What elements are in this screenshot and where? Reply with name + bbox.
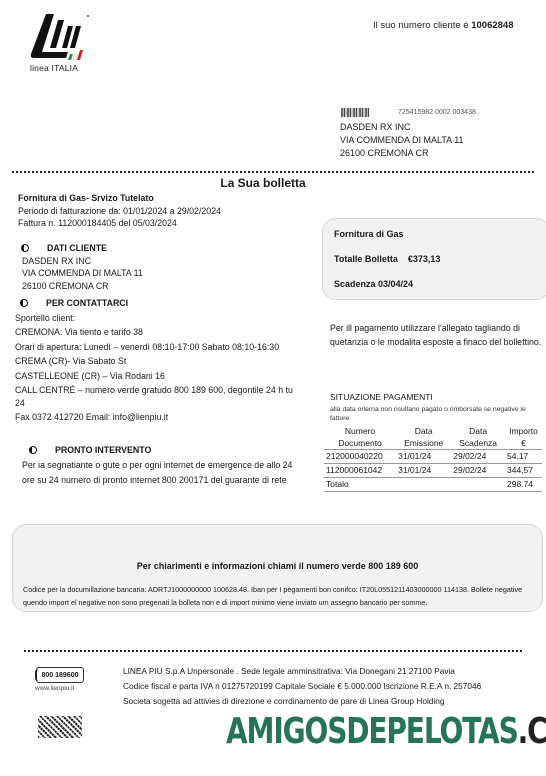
company-line: LINEA PIU S.p.A Unpersonale . Sede legal… xyxy=(123,664,481,679)
table-row: 212000040220 31/01/24 29/02/24 54.17 xyxy=(324,450,542,464)
total-label: Totalo xyxy=(324,478,396,492)
recipient-name: DASDEN RX INC xyxy=(340,121,464,134)
contact-line: CREMA (CR)- Via Sabato St xyxy=(15,355,297,368)
phone-number: 800 189600 xyxy=(42,672,79,679)
column-header: Importo € xyxy=(505,425,542,450)
due-date-cell: 29/02/24 xyxy=(451,450,505,464)
document-number: 112000061042 xyxy=(324,464,396,478)
company-line: Societa sogetta ad attivies di direzione… xyxy=(123,694,481,709)
recipient-city: 26100 CREMONA CR xyxy=(340,147,464,160)
column-header: Numero Documento xyxy=(324,425,396,450)
issue-date: 31/01/24 xyxy=(396,464,451,478)
bill-title: La Sua bolletta xyxy=(0,176,526,190)
service-type: Fornitura di Gas- Srvizo Tutelato xyxy=(18,192,298,205)
half-circle-icon xyxy=(29,446,37,454)
contacts-heading: PER CONTATTARCI xyxy=(17,297,297,310)
emergency-heading: PRONTO INTERVENTO xyxy=(26,444,298,457)
customer-heading: DATI CLIENTE xyxy=(18,242,298,255)
emergency-line: Per ia segnatiante o gute o per ogni int… xyxy=(22,459,298,472)
logo-text: linea ITALIA xyxy=(30,63,78,73)
client-number-label: Il suo numero cliente é xyxy=(373,20,469,31)
contact-line: Orari di apertura: Lunedì – venerdì 08:1… xyxy=(15,341,297,354)
divider xyxy=(24,650,522,652)
total-label: Totalle Bolletta xyxy=(334,254,398,264)
client-number: 10062848 xyxy=(471,20,513,31)
contact-line: CALL CENTRÉ – numero verde gratudo 800 1… xyxy=(15,384,297,409)
postal-barcode xyxy=(341,108,369,117)
customer-city: 26100 CREMONA CR xyxy=(18,280,298,293)
phone-badge: 800 189600 xyxy=(36,667,84,683)
half-circle-icon xyxy=(20,299,28,307)
customer-street: VIA COMMENDA DI MALTA 11 xyxy=(18,267,298,280)
total-row: Totalo 298.74 xyxy=(324,478,542,492)
company-line: Codice fiscal e parta IVA n 01275720199 … xyxy=(123,679,481,694)
contact-line: CASTELLEONE (CR) – Via Rodani 16 xyxy=(15,370,297,383)
contact-line: Sportello client: xyxy=(15,312,297,325)
watermark: AMIGOSDEPELOTAS.COM xyxy=(226,711,546,752)
amount: 344,57 xyxy=(505,464,542,478)
emergency-line: ore su 24 numero di pronto internet 800 … xyxy=(22,474,298,487)
invoice-number: Fattura n. 112000184405 del 05/03/2024 xyxy=(18,217,298,230)
payment-note: Per ill pagamento utilizzare l'allegato … xyxy=(330,321,542,349)
recipient-street: VIA COMMENDA DI MALTA 11 xyxy=(340,134,464,147)
bill-summary-box: Fornitura di Gas Totalle Bolletta €373,1… xyxy=(322,218,546,300)
watermark-domain: .COM xyxy=(518,711,546,752)
amount: 54.17 xyxy=(505,450,542,464)
due-date: Scadenza 03/04/24 xyxy=(334,279,413,289)
emergency-section: PRONTO INTERVENTO Per ia segnatiante o g… xyxy=(22,440,298,487)
table-header-row: Numero Documento Data Emissione Data Sca… xyxy=(324,425,542,450)
contacts-section: PER CONTATTARCI Sportello client: CREMON… xyxy=(15,293,297,424)
supply-label: Fornitura di Gas xyxy=(334,229,404,239)
due-date-cell: 29/02/24 xyxy=(451,464,505,478)
customer-name: DASDEN RX INC xyxy=(18,255,298,268)
info-body: Codice per la documillazione bancaria: A… xyxy=(23,584,534,609)
total-value: €373,13 xyxy=(408,254,441,264)
half-circle-icon xyxy=(21,244,29,252)
qr-code xyxy=(38,716,82,738)
issue-date: 31/01/24 xyxy=(396,450,451,464)
column-header: Data Emissione xyxy=(396,425,451,450)
total-line: Totalle Bolletta €373,13 xyxy=(334,254,440,264)
website-link[interactable]: www.lienpiu.it xyxy=(35,685,74,692)
total-amount: 298.74 xyxy=(505,478,542,492)
client-number-line: Il suo numero cliente é 10062848 xyxy=(373,20,514,31)
billing-period: Periodo di fatturazione da: 01/01/2024 a… xyxy=(18,205,298,218)
column-header: Data Scadenza xyxy=(451,425,505,450)
contact-line: Fax 0372 412720 Email: info@lienpiu.it xyxy=(15,411,297,424)
payments-title: SITUAZIONE PAGAMENTI xyxy=(330,392,433,402)
contact-line: CREMONA: Via tiento e tarifo 38 xyxy=(15,326,297,339)
bill-details: Fornitura di Gas- Srvizo Tutelato Period… xyxy=(18,192,298,230)
info-heading: Per chiarimenti e informazioni chiami il… xyxy=(13,561,542,571)
divider xyxy=(12,171,534,173)
document-number: 212000040220 xyxy=(324,450,396,464)
payments-table: Numero Documento Data Emissione Data Sca… xyxy=(324,425,542,492)
recipient-address: DASDEN RX INC VIA COMMENDA DI MALTA 11 2… xyxy=(340,121,464,160)
barcode-number: 725415982 0002 003438 xyxy=(398,109,476,116)
watermark-name: AMIGOSDEPELOTAS xyxy=(226,711,518,752)
customer-section: DATI CLIENTE DASDEN RX INC VIA COMMENDA … xyxy=(18,238,298,292)
payments-subtitle: alla data orlerna non risultano pagato o… xyxy=(330,405,540,423)
company-info: LINEA PIU S.p.A Unpersonale . Sede legal… xyxy=(123,664,481,709)
table-row: 112000061042 31/01/24 29/02/24 344,57 xyxy=(324,464,542,478)
info-box: Per chiarimenti e informazioni chiami il… xyxy=(12,524,543,612)
